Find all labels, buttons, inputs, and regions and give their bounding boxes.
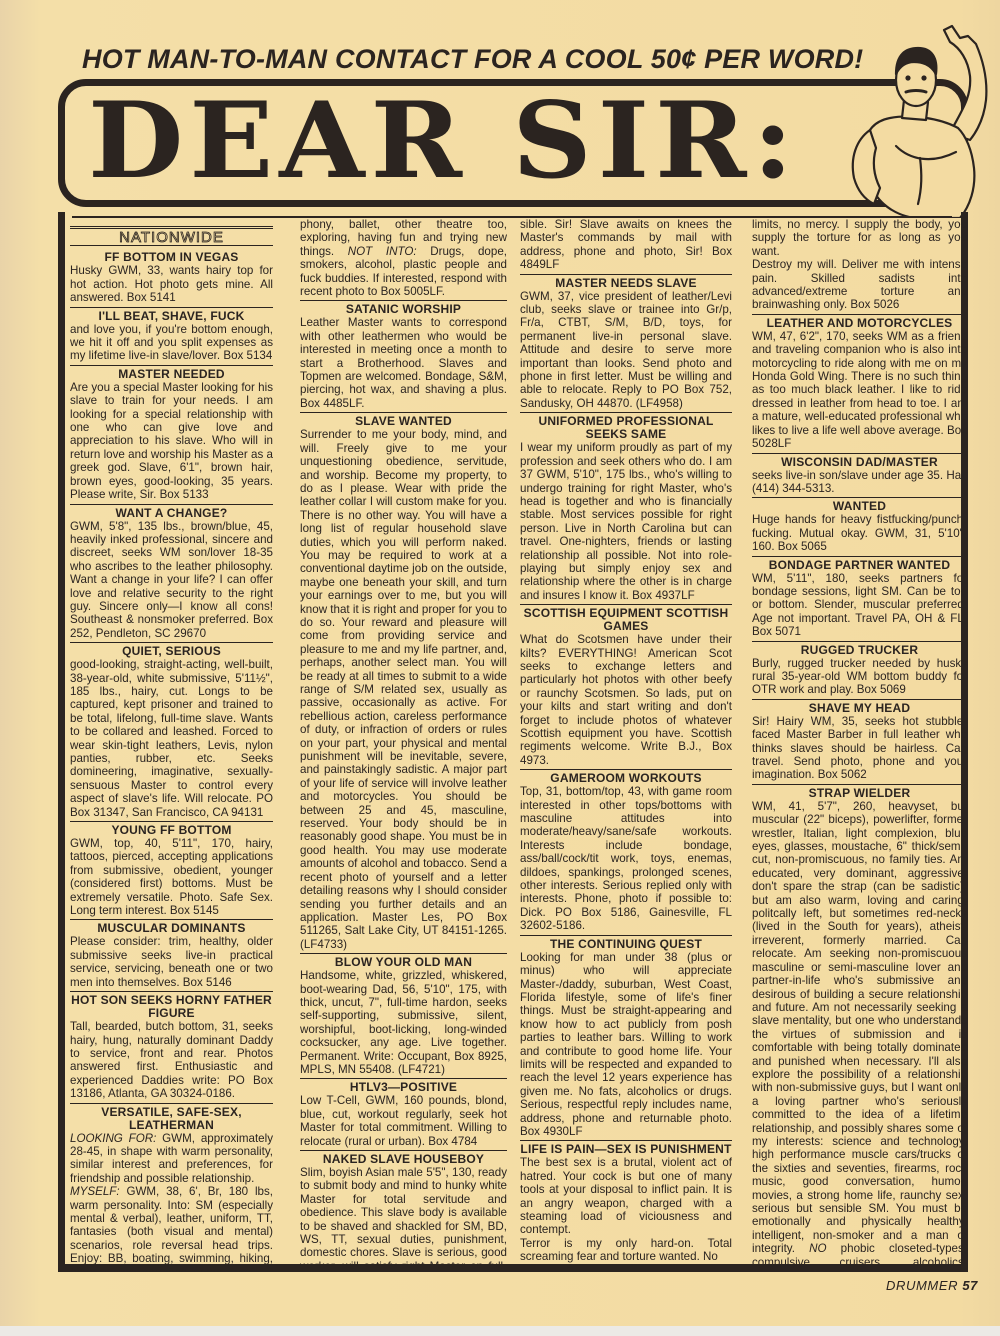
- ad-body: Tall, bearded, butch bottom, 31, seeks h…: [70, 1020, 273, 1100]
- ad-body: Are you a special Master looking for his…: [70, 381, 273, 502]
- ad-body: The best sex is a brutal, violent act of…: [520, 1156, 732, 1236]
- classified-ad: LEATHER AND MOTORCYCLESWM, 47, 6'2", 170…: [752, 315, 967, 454]
- ad-body: Huge hands for heavy fistfucking/punch-f…: [752, 513, 967, 553]
- ad-heading: THE CONTINUING QUEST: [520, 938, 732, 951]
- ad-heading: I'LL BEAT, SHAVE, FUCK: [70, 310, 273, 323]
- classified-ad: UNIFORMED PROFESSIONAL SEEKS SAMEI wear …: [520, 413, 732, 605]
- page-footer: DRUMMER 57: [886, 1278, 978, 1293]
- header-tagline: HOT MAN-TO-MAN CONTACT FOR A COOL 50¢ PE…: [82, 44, 863, 75]
- scan-edge: [0, 1326, 1000, 1336]
- ads-column-1: NATIONWIDE FF BOTTOM IN VEGASHusky GWM, …: [70, 226, 273, 1272]
- ad-heading: LIFE IS PAIN—SEX IS PUNISHMENT: [520, 1143, 732, 1156]
- ad-heading: MUSCULAR DOMINANTS: [70, 922, 273, 935]
- ad-heading: UNIFORMED PROFESSIONAL SEEKS SAME: [520, 415, 732, 441]
- ad-heading: QUIET, SERIOUS: [70, 645, 273, 658]
- ads-column-4: limits, no mercy. I supply the body, you…: [752, 218, 967, 1264]
- classified-ad: QUIET, SERIOUSgood-looking, straight-act…: [70, 643, 273, 822]
- divider: [58, 1264, 968, 1266]
- ad-body: phony, ballet, other theatre too, explor…: [300, 218, 507, 298]
- section-heading-nationwide: NATIONWIDE: [70, 226, 273, 246]
- ad-body: WM, 5'11", 180, seeks partners for bonda…: [752, 572, 967, 639]
- classified-ad: MUSCULAR DOMINANTSPlease consider: trim,…: [70, 920, 273, 992]
- classified-ad: STRAP WIELDERWM, 41, 5'7", 260, heavyset…: [752, 785, 967, 1264]
- ad-continuation: limits, no mercy. I supply the body, you…: [752, 218, 967, 315]
- ad-body: seeks live-in son/slave under age 35. Ha…: [752, 469, 967, 496]
- ad-body: Sir! Hairy WM, 35, seeks hot stubble-fac…: [752, 715, 967, 782]
- ad-body: GWM, 37, vice president of leather/Levi …: [520, 290, 732, 411]
- classified-ad: LIFE IS PAIN—SEX IS PUNISHMENTThe best s…: [520, 1141, 732, 1264]
- ad-body: Please consider: trim, healthy, older su…: [70, 935, 273, 989]
- ad-body: Top, 31, bottom/top, 43, with game room …: [520, 785, 732, 932]
- ad-heading: WANTED: [752, 500, 967, 513]
- ad-body: Destroy my will. Deliver me with intense…: [752, 258, 967, 312]
- classified-ad: SATANIC WORSHIPLeather Master wants to c…: [300, 301, 507, 413]
- ad-heading: SATANIC WORSHIP: [300, 303, 507, 316]
- ad-heading: MASTER NEEDS SLAVE: [520, 277, 732, 290]
- ad-body: Low T-Cell, GWM, 160 pounds, blond, blue…: [300, 1094, 507, 1148]
- classified-ad: YOUNG FF BOTTOMGWM, top, 40, 5'11", 170,…: [70, 822, 273, 920]
- ad-heading: YOUNG FF BOTTOM: [70, 824, 273, 837]
- ad-heading: HOT SON SEEKS HORNY FATHER FIGURE: [70, 994, 273, 1020]
- ad-heading: LEATHER AND MOTORCYCLES: [752, 317, 967, 330]
- ad-heading: SCOTTISH EQUIPMENT SCOTTISH GAMES: [520, 607, 732, 633]
- classified-ad: WANT A CHANGE?GWM, 5'8", 135 lbs., brown…: [70, 505, 273, 644]
- ad-body: Terror is my only hard-on. Total screami…: [520, 1237, 732, 1264]
- ad-heading: HTLV3—POSITIVE: [300, 1081, 507, 1094]
- ad-body: I wear my uniform proudly as part of my …: [520, 441, 732, 602]
- ad-body: Looking for man under 38 (plus or minus)…: [520, 951, 732, 1139]
- ad-body: GWM, top, 40, 5'11", 170, hairy, tattoos…: [70, 837, 273, 917]
- ad-heading: VERSATILE, SAFE-SEX, LEATHERMAN: [70, 1106, 273, 1132]
- classified-ad: THE CONTINUING QUESTLooking for man unde…: [520, 936, 732, 1142]
- ad-body: WM, 47, 6'2", 170, seeks WM as a friend …: [752, 330, 967, 451]
- classified-ad: MASTER NEEDEDAre you a special Master lo…: [70, 366, 273, 505]
- ad-heading: WISCONSIN DAD/MASTER: [752, 456, 967, 469]
- ad-body: and love you, if you're bottom enough, w…: [70, 323, 273, 363]
- classified-ad: BLOW YOUR OLD MANHandsome, white, grizzl…: [300, 954, 507, 1079]
- ads-column-3: sible. Sir! Slave awaits on knees the Ma…: [520, 218, 732, 1264]
- page-number: 57: [962, 1278, 978, 1293]
- ad-heading: WANT A CHANGE?: [70, 507, 273, 520]
- ad-heading: RUGGED TRUCKER: [752, 644, 967, 657]
- ad-body: limits, no mercy. I supply the body, you…: [752, 218, 967, 258]
- ad-body: Husky GWM, 33, wants hairy top for hot a…: [70, 264, 273, 304]
- ad-heading: NAKED SLAVE HOUSEBOY: [300, 1153, 507, 1166]
- ads-column-2: phony, ballet, other theatre too, explor…: [300, 218, 507, 1264]
- ad-body: good-looking, straight-acting, well-buil…: [70, 658, 273, 819]
- classified-ad: I'LL BEAT, SHAVE, FUCKand love you, if y…: [70, 308, 273, 366]
- ad-body: Surrender to me your body, mind, and wil…: [300, 428, 507, 951]
- ad-body: Burly, rugged trucker needed by husky ru…: [752, 657, 967, 697]
- ad-body: WM, 41, 5'7", 260, heavyset, but muscula…: [752, 800, 967, 1264]
- ad-body: What do Scotsmen have under their kilts?…: [520, 633, 732, 767]
- publication-name: DRUMMER: [886, 1278, 958, 1293]
- ad-body: LOOKING FOR: GWM, approximately 28-45, i…: [70, 1132, 273, 1272]
- ad-heading: SLAVE WANTED: [300, 415, 507, 428]
- ad-heading: FF BOTTOM IN VEGAS: [70, 251, 273, 264]
- classified-ad: GAMEROOM WORKOUTSTop, 31, bottom/top, 43…: [520, 770, 732, 935]
- classified-ad: VERSATILE, SAFE-SEX, LEATHERMANLOOKING F…: [70, 1104, 273, 1272]
- classified-ad: HTLV3—POSITIVELow T-Cell, GWM, 160 pound…: [300, 1079, 507, 1151]
- ad-heading: BONDAGE PARTNER WANTED: [752, 559, 967, 572]
- ad-body: GWM, 5'8", 135 lbs., brown/blue, 45, hea…: [70, 520, 273, 641]
- classified-ad: FF BOTTOM IN VEGASHusky GWM, 33, wants h…: [70, 249, 273, 307]
- classified-ad: WANTEDHuge hands for heavy fistfucking/p…: [752, 498, 967, 556]
- ad-heading: BLOW YOUR OLD MAN: [300, 956, 507, 969]
- classified-ad: SLAVE WANTEDSurrender to me your body, m…: [300, 413, 507, 954]
- ad-body: Slim, boyish Asian male 5'5", 130, ready…: [300, 1166, 507, 1264]
- classified-ad: SCOTTISH EQUIPMENT SCOTTISH GAMESWhat do…: [520, 605, 732, 770]
- ad-heading: GAMEROOM WORKOUTS: [520, 772, 732, 785]
- classified-ad: BONDAGE PARTNER WANTEDWM, 5'11", 180, se…: [752, 557, 967, 642]
- ad-body: Leather Master wants to correspond with …: [300, 316, 507, 410]
- ad-body: Handsome, white, grizzled, whiskered, bo…: [300, 969, 507, 1076]
- classified-ad: WISCONSIN DAD/MASTERseeks live-in son/sl…: [752, 454, 967, 499]
- ad-heading: MASTER NEEDED: [70, 368, 273, 381]
- ad-heading: STRAP WIELDER: [752, 787, 967, 800]
- ad-continuation: sible. Sir! Slave awaits on knees the Ma…: [520, 218, 732, 275]
- classified-ad: SHAVE MY HEADSir! Hairy WM, 35, seeks ho…: [752, 700, 967, 785]
- ad-continuation: phony, ballet, other theatre too, explor…: [300, 218, 507, 301]
- page-title: DEAR SIR:: [88, 86, 799, 196]
- classified-ad: RUGGED TRUCKERBurly, rugged trucker need…: [752, 642, 967, 700]
- classified-ad: NAKED SLAVE HOUSEBOYSlim, boyish Asian m…: [300, 1151, 507, 1264]
- ad-body: sible. Sir! Slave awaits on knees the Ma…: [520, 218, 732, 272]
- classified-ad: HOT SON SEEKS HORNY FATHER FIGURETall, b…: [70, 992, 273, 1103]
- ad-heading: SHAVE MY HEAD: [752, 702, 967, 715]
- muscular-man-pointing-illustration: [810, 18, 1000, 218]
- classified-ad: MASTER NEEDS SLAVEGWM, 37, vice presiden…: [520, 275, 732, 414]
